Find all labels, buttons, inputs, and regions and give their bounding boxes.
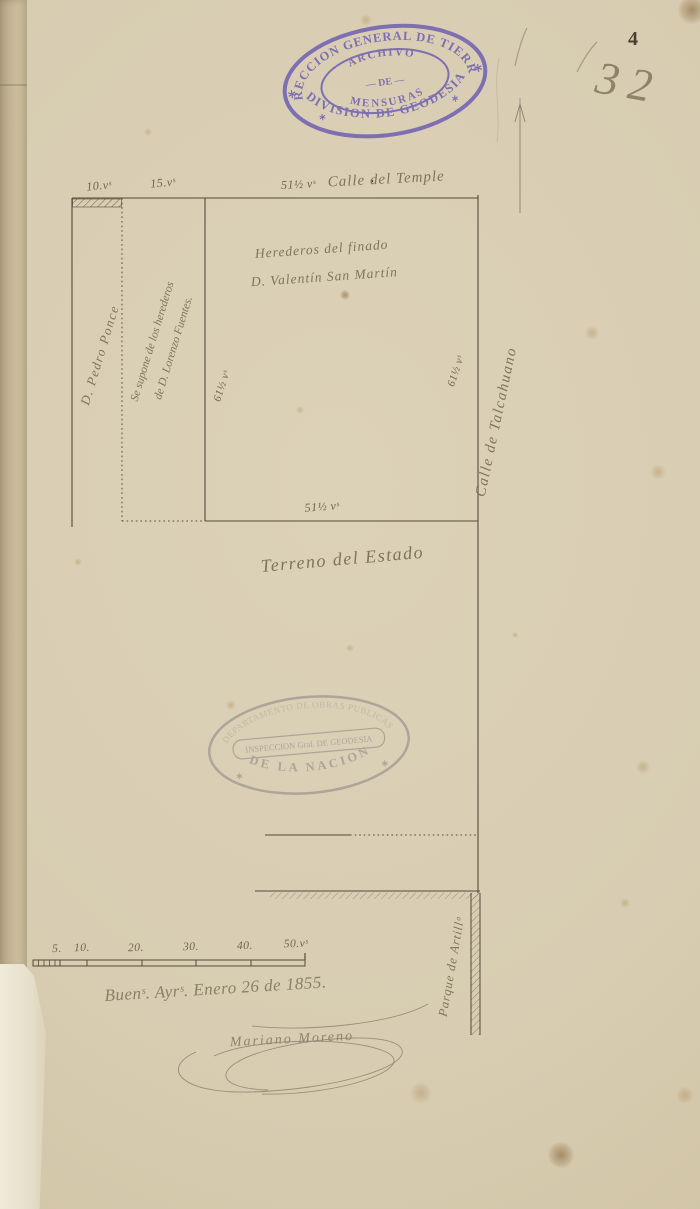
owner-middle-line1: Se supone de los herederos — [125, 279, 182, 404]
street-name-top: Calle del Temple — [327, 168, 445, 190]
stain — [650, 464, 666, 480]
dimension-left-side: 61½ vˢ — [211, 369, 232, 403]
scale-label: 10. — [74, 942, 90, 955]
stain — [512, 632, 518, 638]
inspeccion-geodesia-stamp: DEPARTAMENTO DE OBRAS PUBLICAS INSPECCIO… — [199, 685, 419, 805]
stamp-inner-bottom: MENSURAS — [348, 84, 428, 114]
north-arrow-icon — [515, 98, 525, 213]
pencil-folio-number: 32 — [592, 51, 666, 115]
stain — [296, 406, 304, 414]
svg-text:DIVISION DE GEODESIA: DIVISION DE GEODESIA — [302, 67, 473, 130]
svg-text:DIRECCION GENERAL DE TIERRAS: DIRECCION GENERAL DE TIERRAS — [271, 8, 481, 105]
survey-dot — [371, 180, 374, 183]
stamp2-center: INSPECCION Gral. DE GEODESIA — [245, 733, 374, 754]
dateline: Buenˢ. Ayrˢ. Enero 26 de 1855. — [104, 972, 327, 1006]
paper-crease — [0, 84, 27, 86]
owner-main-line1: Herederos del finado — [254, 230, 397, 268]
stain — [144, 128, 152, 136]
dimension-top-left: 10.vˢ — [86, 177, 113, 194]
scale-label: 5. — [52, 943, 62, 955]
svg-text:DE LA NACION: DE LA NACION — [247, 742, 375, 779]
dimension-right-side: 61½ vˢ — [445, 354, 466, 388]
svg-text:DEPARTAMENTO DE OBRAS PUBLICAS: DEPARTAMENTO DE OBRAS PUBLICAS — [217, 693, 396, 746]
stain — [360, 14, 372, 26]
stamp2-star-icons — [236, 760, 387, 780]
svg-text:ARCHIVO: ARCHIVO — [345, 43, 418, 70]
stain — [636, 760, 650, 774]
street-name-right: Calle de Talcahuano — [473, 345, 521, 498]
pencil-marks — [497, 28, 597, 142]
stamp-arc-bottom: DIVISION DE GEODESIA — [302, 67, 473, 130]
artillery-park-label: Parque de Artillᵃ — [436, 914, 469, 1018]
owner-main-line2: D. Valentín San Martín — [250, 258, 399, 297]
owner-main-parcel: Herederos del finado D. Valentín San Mar… — [254, 230, 399, 296]
stamp-arc-top: DIRECCION GENERAL DE TIERRAS — [271, 8, 481, 105]
dimension-top-middle: 15.vˢ — [150, 174, 177, 191]
stain — [678, 0, 700, 24]
stain — [585, 326, 599, 340]
dimension-bottom: 51½ vˢ — [304, 498, 340, 515]
owner-left-parcel: D. Pedro Ponce — [77, 303, 123, 407]
stain — [226, 700, 236, 710]
stain — [620, 898, 630, 908]
signature: Mariano Moreno — [230, 1029, 355, 1051]
paper-fold-edge — [0, 0, 27, 968]
stain — [676, 1086, 694, 1104]
stamp-inner-mid: — DE — — [364, 74, 406, 91]
scale-bar — [33, 953, 305, 966]
top-street-row: 51½ vˢ Calle del Temple — [281, 167, 446, 194]
scale-label: 50.vˢ — [284, 938, 309, 951]
hatched-band-topleft — [73, 199, 122, 207]
printed-folio-number: 4 — [628, 28, 638, 51]
scale-label: 20. — [128, 942, 144, 955]
dotted-boundaries — [122, 198, 478, 835]
dimension-top-right: 51½ vˢ — [281, 176, 317, 192]
owner-middle-parcel: Se supone de los herederos de D. Lorenzo… — [125, 279, 203, 411]
owner-middle-line2: de D. Lorenzo Fuentes. — [146, 286, 203, 411]
stamp2-arc-bottom: DE LA NACION — [247, 742, 375, 779]
artillery-park-wall — [255, 891, 480, 1035]
stain — [340, 290, 350, 300]
stain — [410, 1082, 432, 1104]
stain — [346, 644, 354, 652]
svg-text:MENSURAS: MENSURAS — [348, 84, 428, 114]
survey-drawing — [0, 0, 700, 1209]
parcel-boundaries — [72, 195, 478, 893]
signature-flourish — [178, 1004, 428, 1094]
stamp-inner-top: ARCHIVO — [345, 43, 418, 70]
state-land-label: Terreno del Estado — [260, 542, 425, 577]
stamp2-arc-top: DEPARTAMENTO DE OBRAS PUBLICAS — [217, 693, 396, 746]
scale-label: 40. — [237, 940, 253, 953]
scale-label: 30. — [183, 941, 199, 954]
paper-torn-corner — [0, 964, 46, 1209]
scanned-survey-plan: DIRECCION GENERAL DE TIERRAS DIVISION DE… — [0, 0, 700, 1209]
archive-division-geodesia-stamp: DIRECCION GENERAL DE TIERRAS DIVISION DE… — [271, 8, 500, 155]
stain — [548, 1142, 574, 1168]
stain — [74, 558, 82, 566]
stamp-star-icons — [288, 64, 486, 125]
